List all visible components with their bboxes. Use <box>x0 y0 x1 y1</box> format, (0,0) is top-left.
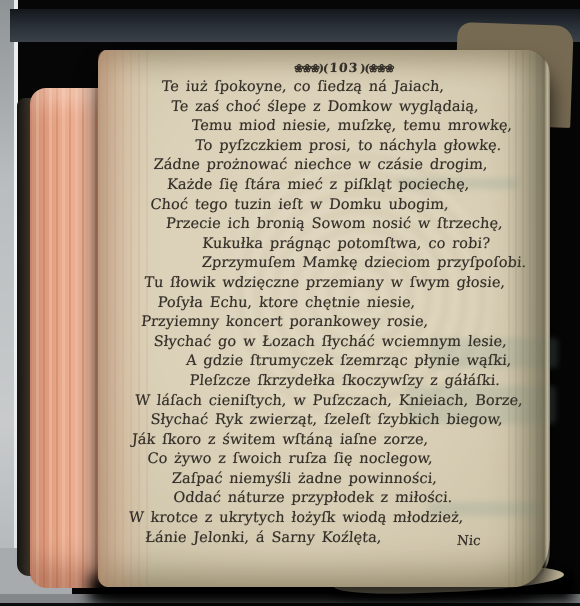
page-number: 103 <box>327 60 361 75</box>
header-ornament-right: )(❀❀❀ <box>360 62 394 75</box>
poem-line: W láſach cieniſtych, w Puſzczach, Knieia… <box>134 392 566 412</box>
poem-line: Zprzymuſem Mamkę dzieciom przyſpoſobi. <box>145 254 577 274</box>
poem-line: W krotce z ukrytych łożyſk wiodą młodzie… <box>125 509 557 529</box>
poem-line: Kukułka prágnąc potomſtwa, co robi? <box>147 235 579 255</box>
poem-line: Każde ſię ſtára mieć z piſkląt pociechę, <box>151 176 580 196</box>
poem-line: To pyſzczkiem prosi, to náchyla głowkę. <box>154 137 580 157</box>
header-ornament-left: ❀❀❀)( <box>294 62 328 75</box>
book-page: ❀❀❀)(103)(❀❀❀ Te iuż ſpokoyne, co ſiedzą… <box>98 50 550 587</box>
poem-lines: Te iuż ſpokoyne, co ſiedzą ná Jaiach,Te … <box>123 78 580 548</box>
open-book: ❀❀❀)(103)(❀❀❀ Te iuż ſpokoyne, co ſiedzą… <box>0 0 580 606</box>
page-header: ❀❀❀)(103)(❀❀❀ <box>160 58 580 78</box>
poem-line: A gdzie ſtrumyczek ſzemrząc płynie wąſki… <box>137 352 569 372</box>
poem-line: Przecie ich bronią Sowom nosić w ſtrzech… <box>148 215 580 235</box>
poem-line: Słychać Ryk zwierząt, ſzeleſt ſzybkich b… <box>133 411 565 431</box>
book-photo-scene: ❀❀❀)(103)(❀❀❀ Te iuż ſpokoyne, co ſiedzą… <box>0 0 580 606</box>
poem-line: Poſyła Echu, ktore chętnie niesie, <box>142 294 574 314</box>
poem-line: Łánie Jelonki, á Sarny Koźlęta, <box>123 529 555 549</box>
poem-line: Te iuż ſpokoyne, co ſiedzą ná Jaiach, <box>159 78 580 98</box>
catchword: Nic <box>456 533 481 549</box>
page-text-block: ❀❀❀)(103)(❀❀❀ Te iuż ſpokoyne, co ſiedzą… <box>120 58 580 588</box>
poem-line: Przyiemny koncert porankowey rosie, <box>140 313 572 333</box>
poem-line: Temu miod niesie, muſzkę, temu mrowkę, <box>156 117 580 137</box>
poem-line: Zaſpać niemyśli żadne powinności, <box>128 470 560 490</box>
poem-line: Słychać go w Łozach ſłycháć wciemnym les… <box>139 333 571 353</box>
poem-line: Te zaś choć ślepe z Domkow wyglądaią, <box>157 98 580 118</box>
poem-line: Ják ſkoro z świtem wſtáną iaſne zorze, <box>131 431 563 451</box>
poem-line: Choć tego tuzin ieſt w Domku ubogim, <box>150 196 580 216</box>
poem-line: Oddać náturze przypłodek z miłości. <box>127 489 559 509</box>
poem-line: Co żywo z ſwoich ruſza ſię noclegow, <box>130 450 562 470</box>
poem-line: Pleſzcze ſkrzydełka ſkoczywſzy z gáłáſki… <box>136 372 568 392</box>
poem-line: Zádne prożnować niechce w czásie drogim, <box>153 156 580 176</box>
poem-line: Tu ſłowik wdzięczne przemiany w ſwym gło… <box>143 274 575 294</box>
